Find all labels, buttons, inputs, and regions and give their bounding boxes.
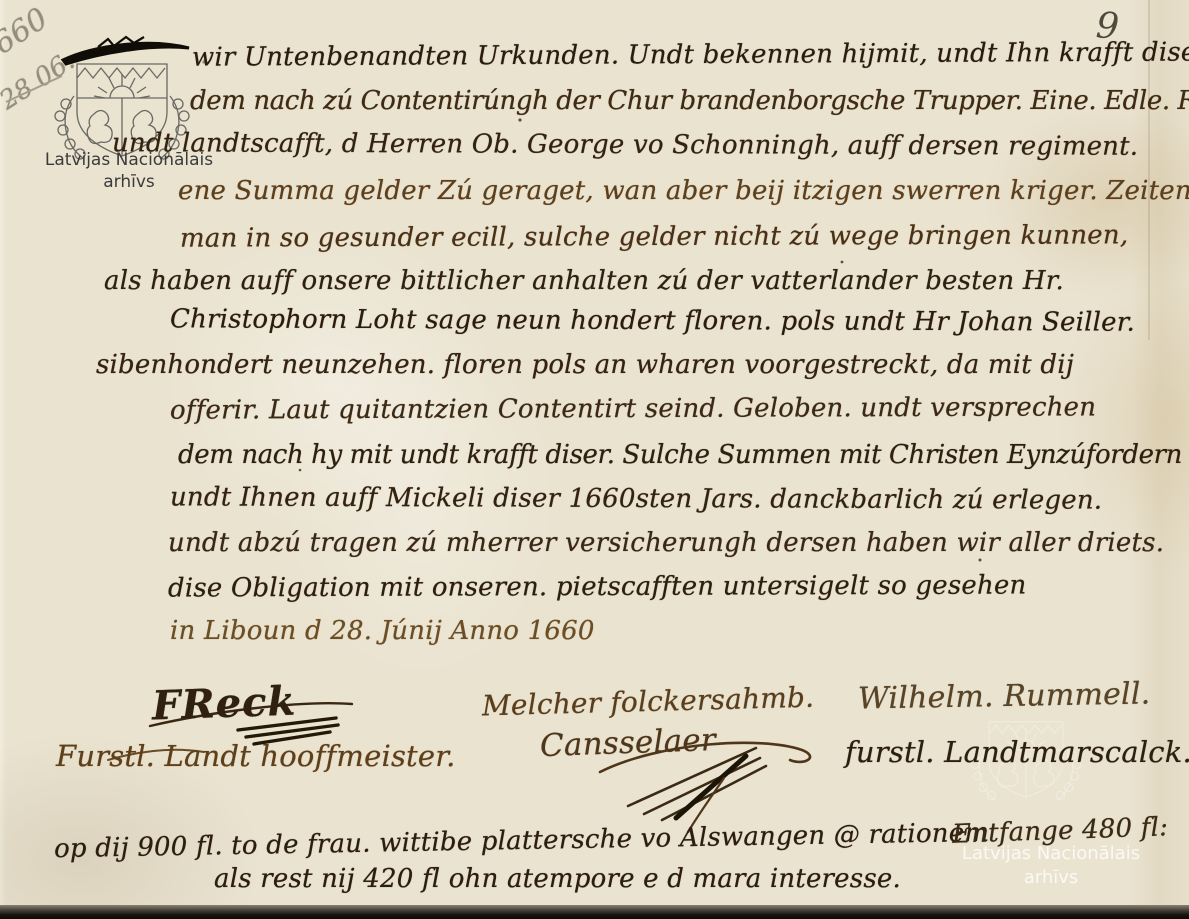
pencil-archive-number-top: 660 [0, 1, 54, 62]
signature-title-left: Furstl. Landt hooffmeister. [56, 742, 456, 771]
scan-edge-strip [0, 905, 1189, 919]
manuscript-line-8: sibenhondert neunzehen. floren pols an w… [96, 352, 1074, 378]
manuscript-line-4: ene Summa gelder Zú geraget, wan aber be… [178, 178, 1189, 204]
manuscript-line-7: Christophorn Loht sage neun hondert flor… [170, 306, 1135, 335]
manuscript-line-12: undt abzú tragen zú mherrer versicherung… [168, 530, 1164, 556]
signature-name-center: Melcher folckersahmb. [482, 684, 815, 721]
manuscript-line-11: undt Ihnen auff Mickeli diser 1660sten J… [170, 484, 1102, 513]
signature-name-right: Wilhelm. Rummell. [858, 679, 1151, 714]
manuscript-line-13: dise Obligation mit onseren. pietscaffte… [168, 573, 1027, 602]
archive-watermark-bottom-line1: Latvijas Nacionālais [946, 843, 1156, 864]
signature-title-right: furstl. Landtmarscalck. [845, 738, 1189, 767]
archive-watermark-bottom-line2: arhīvs [946, 867, 1156, 888]
bottom-note-line-2: als rest nij 420 fl ohn atempore e d mar… [214, 866, 901, 892]
manuscript-line-3: undt landtscafft, d Herren Ob. George vo… [112, 130, 1138, 160]
signature-title-center: Cansselaer [540, 725, 717, 762]
scanned-manuscript-page: 660 28 06. · 9 [0, 0, 1189, 919]
bottom-note-line-1: op dij 900 fl. to de frau. wittibe platt… [54, 820, 990, 862]
archive-watermark-bottom: Latvijas Nacionālais arhīvs [946, 843, 1156, 888]
opening-ink-flourish [63, 37, 189, 64]
manuscript-line-9: offerir. Laut quitantzien Contentirt sei… [170, 394, 1096, 423]
manuscript-line-1: wir Untenbenandten Urkunden. Undt bekenn… [192, 39, 1189, 70]
manuscript-line-2: dem nach zú Contentirúngh der Chur brand… [190, 88, 1189, 114]
signature-name-left: FReck [151, 681, 296, 726]
manuscript-line-5: man in so gesunder ecill, sulche gelder … [180, 222, 1128, 251]
manuscript-line-10: dem nach hy mit undt krafft diser. Sulch… [178, 442, 1182, 468]
manuscript-line-14: in Liboun d 28. Júnij Anno 1660 [170, 618, 595, 644]
manuscript-line-6: als haben auff onsere bittlicher anhalte… [104, 268, 1064, 294]
